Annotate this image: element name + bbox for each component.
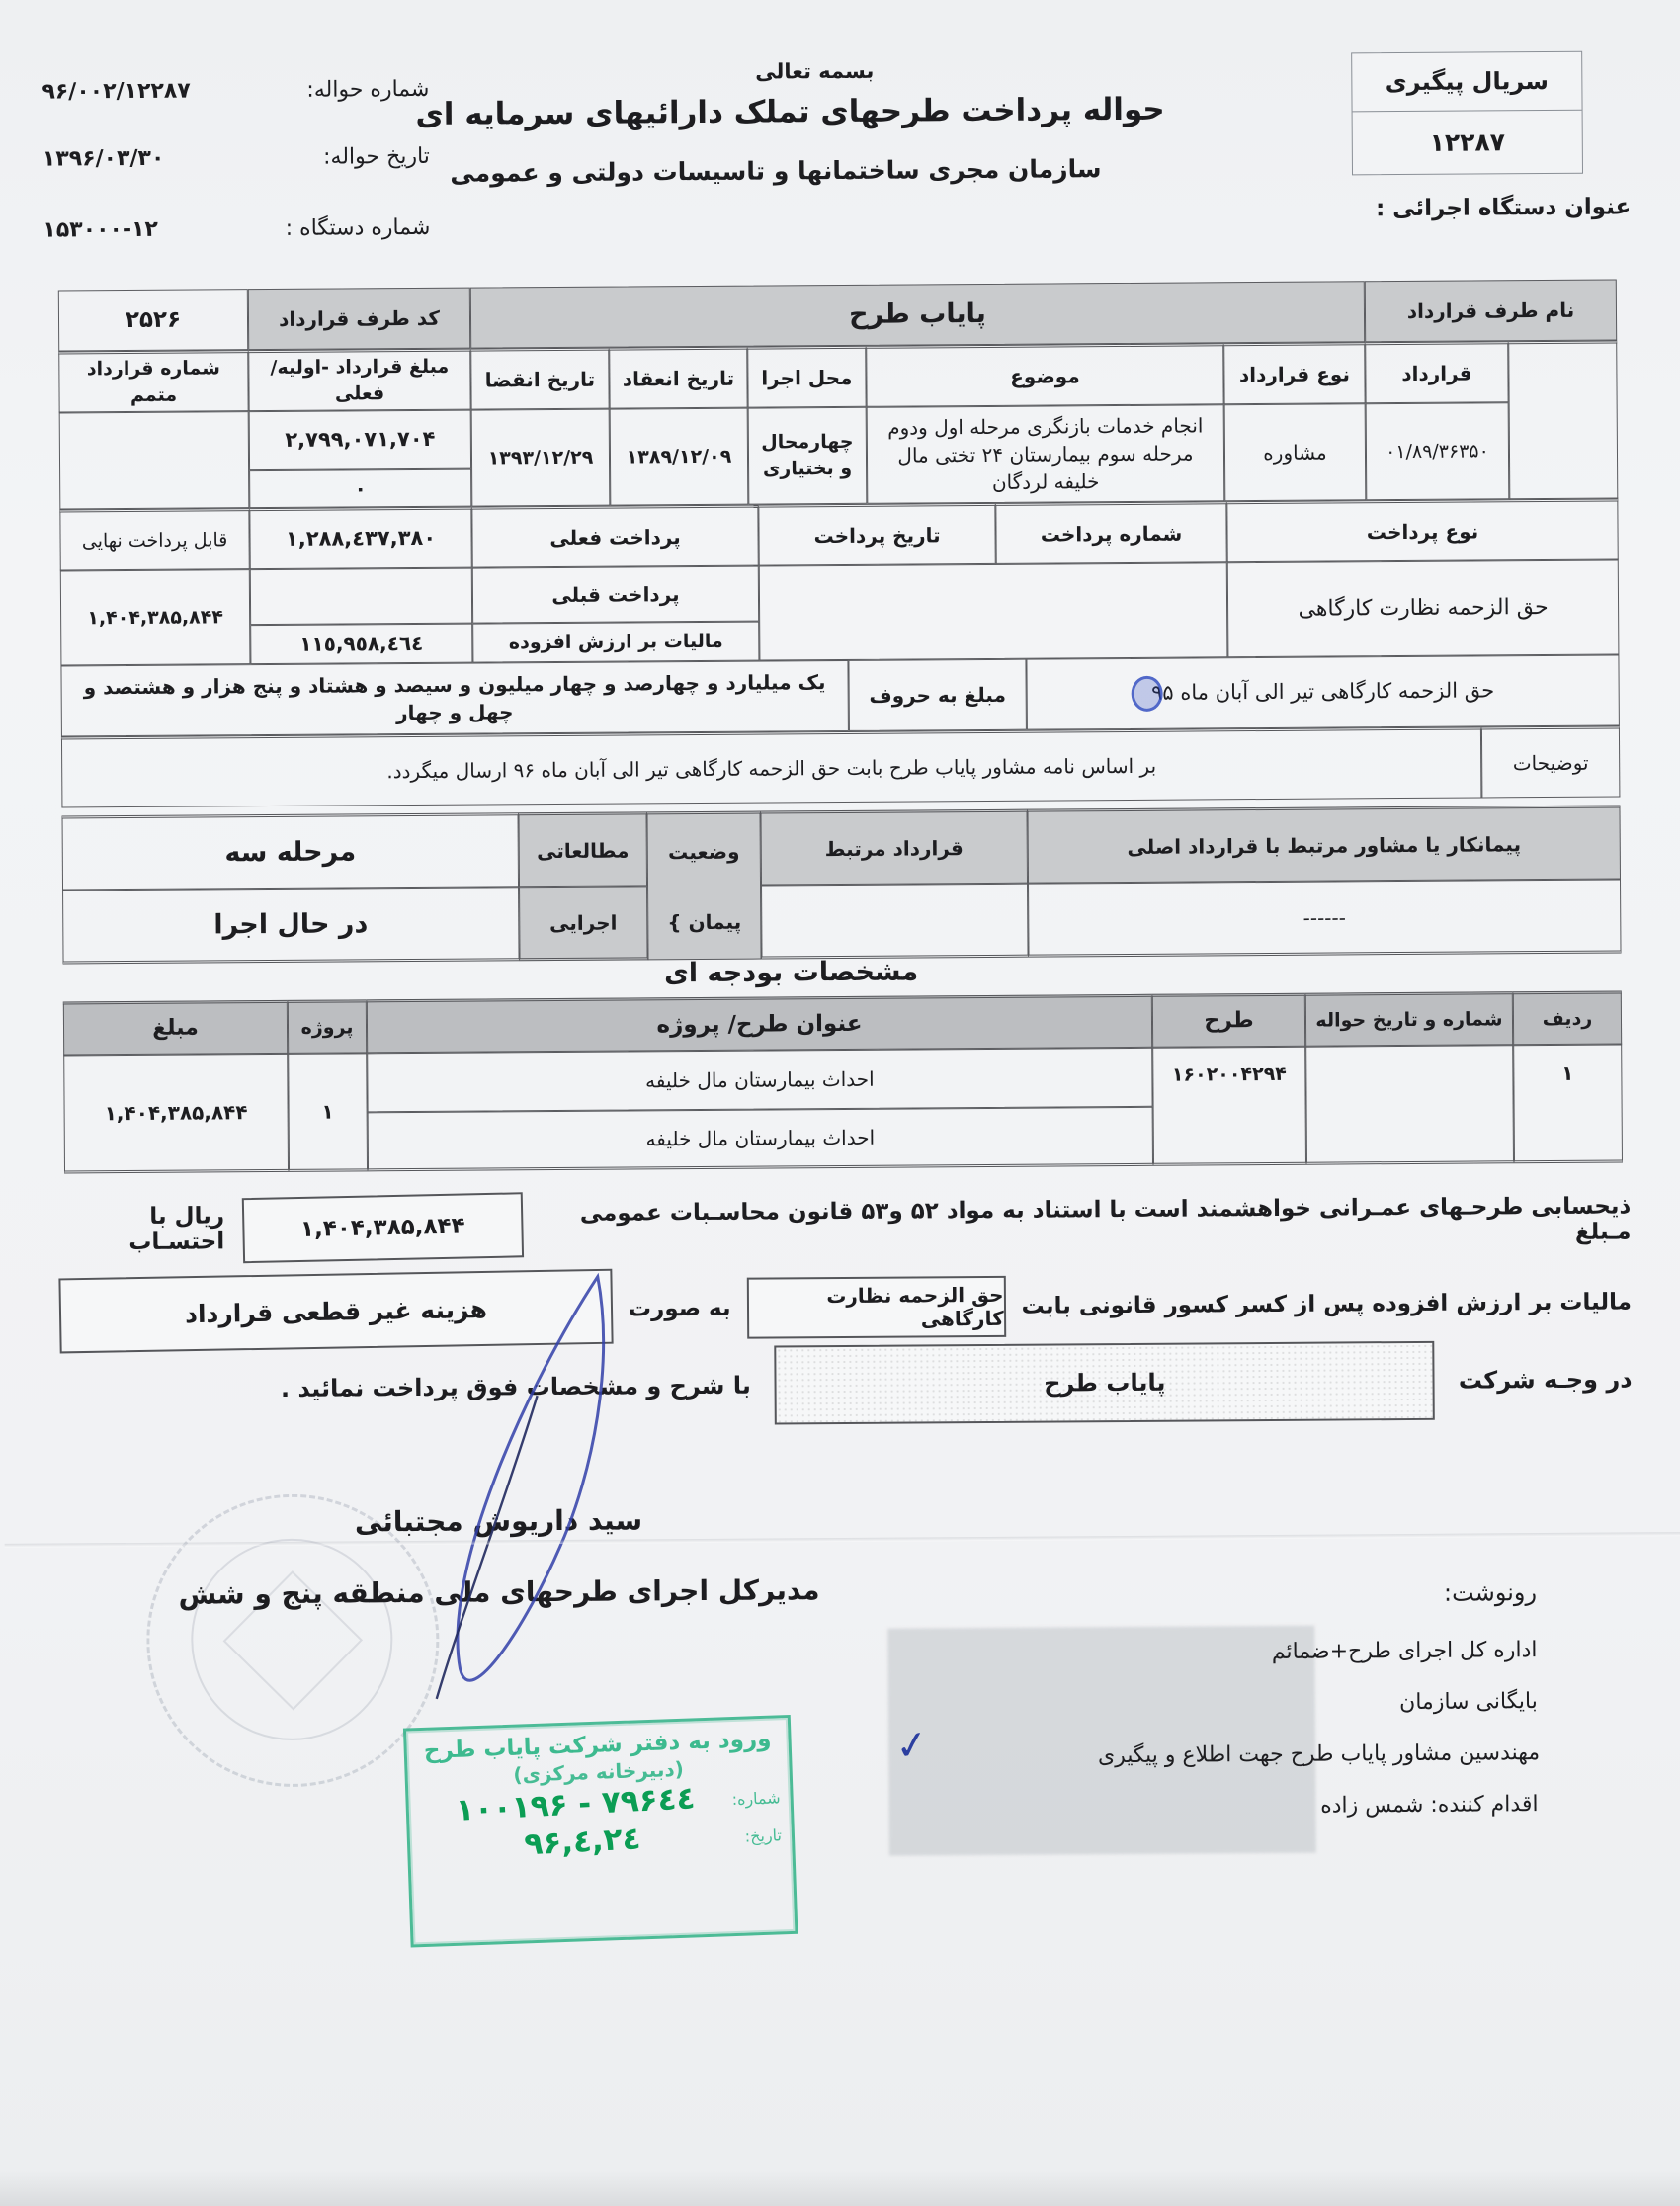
- entry-stamp-no-label: شماره:: [731, 1788, 781, 1809]
- device-no-label: شماره دستگاه :: [286, 215, 431, 241]
- footer-expense-box: هزینه غیر قطعی قرارداد: [58, 1269, 613, 1354]
- tracking-serial-value: ۱۲۲۸۷: [1353, 111, 1582, 174]
- payment-type-value: حق الزحمه نظارت کارگاهی: [1227, 559, 1620, 657]
- copy-item-1: اداره کل اجرای طرح+ضمائم: [1043, 1638, 1537, 1665]
- tracking-serial-label: سریال پیگیری: [1352, 52, 1581, 113]
- fee-period-value: حق الزحمه کارگاهی تیر الی آبان ماه ۹۵: [1026, 654, 1619, 729]
- previous-payment-label: پرداخت قبلی: [472, 566, 759, 624]
- exec-label: اجرایی: [519, 886, 648, 961]
- entry-stamp: ورود به دفتر شرکت پایاب طرح (دبیرخانه مر…: [403, 1715, 798, 1948]
- copy-item-2: بایگانی سازمان: [1044, 1689, 1538, 1717]
- budget-plan-code: ۱۶۰۲۰۰۴۲۹۴: [1152, 1047, 1306, 1166]
- device-no-row: شماره دستگاه : ۱۵۳۰۰۰-۱۲: [42, 215, 430, 243]
- footer-fee-box: حق الزحمه نظارت کارگاهی: [746, 1276, 1005, 1339]
- paper-bottom-shadow: [0, 2170, 1680, 2206]
- contractor-related-label: پیمانکار یا مشاور مرتبط با قرارداد اصلی: [1027, 805, 1621, 883]
- related-contract-label: قرارداد مرتبط: [760, 809, 1028, 886]
- study-label: مطالعاتی: [518, 811, 647, 887]
- entry-stamp-date-label: تاریخ:: [744, 1825, 782, 1845]
- party-code-value: ۲۵۲۶: [58, 289, 248, 351]
- contractor-dashes: ------: [1028, 879, 1622, 957]
- budget-col-amount: مبلغ: [63, 1000, 288, 1056]
- budget-row-no: ۱: [1513, 1044, 1623, 1163]
- amendment-empty-cell: [59, 411, 250, 509]
- scanned-payment-order-page: سریال پیگیری ۱۲۲۸۷ بسمه تعالی حواله پردا…: [0, 0, 1680, 2206]
- footer-line1: ذیحسابی طرحـهای عمـرانی خواهشمند است با …: [49, 1180, 1632, 1268]
- payee-company-box: پایاب طرح: [775, 1341, 1436, 1425]
- copy-item-3: مهندسین مشاور پایاب طرح جهت اطلاع و پیگی…: [955, 1740, 1540, 1769]
- agency-title-label: عنوان دستگاه اجرائی :: [1319, 194, 1631, 221]
- ref-date-row: تاریخ حواله: ۱۳۹۶/۰۳/۳۰: [42, 144, 430, 172]
- footer-line3-right: در وجـه شرکت: [1459, 1365, 1633, 1394]
- subject-value: انجام خدمات بازنگری مرحله اول ودوم مرحله…: [867, 404, 1225, 504]
- notes-label: توضیحات: [1481, 725, 1620, 798]
- footer-amount-box: ۱,۴۰۴,۳۸۵,۸۴۴: [241, 1192, 523, 1263]
- copy-item-4: اقدام کننده: شمس زاده: [1044, 1792, 1538, 1820]
- budget-col-title: عنوان طرح/ پروژه: [367, 994, 1152, 1054]
- subject-label: موضوع: [866, 343, 1223, 407]
- footer-line2-mid: به صورت: [629, 1296, 731, 1322]
- payment-date-no-empty: [759, 562, 1228, 660]
- footer-line3: در وجـه شرکت پایاب طرح با شرح و مشخصات ف…: [50, 1336, 1633, 1432]
- current-payment-label: پرداخت فعلی: [471, 505, 758, 568]
- notes-value: بر اساس نامه مشاور پایاب طرح بابت حق الز…: [61, 726, 1481, 807]
- budget-amount-value: ۱,۴۰۴,۳۸۵,۸۴۴: [63, 1054, 289, 1174]
- budget-title-row2: احداث بیمارستان مال خلیفه: [368, 1107, 1153, 1172]
- related-contract-empty: [761, 884, 1029, 960]
- footer-line3-left: با شرح و مشخصات فوق پرداخت نمائید .: [281, 1372, 751, 1402]
- ref-no-value: ۹۶/۰۰۲/۱۲۲۸۷: [42, 79, 191, 105]
- budget-ref-empty: [1305, 1045, 1514, 1164]
- budget-col-ref: شماره و تاریخ حواله: [1305, 991, 1513, 1046]
- expiry-value: ۱۳۹۳/۱۲/۲۹: [471, 409, 611, 507]
- ref-date-value: ۱۳۹۶/۰۳/۳۰: [42, 146, 165, 172]
- budget-title: مشخصات بودجه ای: [396, 955, 1187, 991]
- final-payable-label: قابل پرداخت نهایی: [59, 508, 249, 570]
- amount-value: ۲,۷۹۹,۰۷۱,۷۰۴: [249, 410, 471, 471]
- status-word: وضعیت: [668, 837, 740, 866]
- tracking-serial-box: سریال پیگیری ۱۲۲۸۷: [1351, 51, 1583, 176]
- amount-zero-value: ۰: [249, 469, 471, 509]
- amount-in-words-label: مبلغ به حروف: [848, 659, 1026, 731]
- final-payable-value: ۱,۴۰۴,۳۸۵,۸۴۴: [60, 569, 251, 665]
- party-name-label: نام طرف قرارداد: [1365, 279, 1617, 342]
- bismillah: بسمه تعالی: [686, 58, 943, 84]
- budget-col-project: پروژه: [288, 999, 367, 1054]
- peyman-word: پیمان }: [667, 907, 741, 936]
- ref-no-row: شماره حواله: ۹۶/۰۰۲/۱۲۲۸۷: [42, 77, 429, 105]
- blue-pen-mark: [1132, 676, 1163, 712]
- footer-line1-left: ریال با احتسـاب: [49, 1203, 224, 1255]
- contractor-company-name: پایاب طرح: [470, 281, 1365, 348]
- phase-value: مرحله سه: [62, 812, 520, 890]
- expiry-label: تاریخ انقضا: [470, 348, 609, 410]
- budget-title-row1: احداث بیمارستان مال خلیفه: [367, 1048, 1152, 1113]
- blue-checkmark-icon: ✓: [892, 1721, 932, 1770]
- copies-label: رونوشت:: [1388, 1578, 1537, 1607]
- contract-no-value: ۰۱/۸۹/۳۶۳۵۰: [1366, 402, 1510, 500]
- vat-label: مالیات بر ارزش افزوده: [472, 622, 759, 663]
- conclusion-label: تاریخ انعقاد: [609, 347, 747, 409]
- ref-date-label: تاریخ حواله:: [323, 144, 430, 170]
- party-name-empty-cell: [1508, 340, 1618, 499]
- conclusion-value: ۱۳۸۹/۱۲/۰۹: [610, 408, 749, 506]
- previous-payment-value-empty: [250, 568, 472, 626]
- page-title: حواله پرداخت طرحهای تملک دارائیهای سرمای…: [320, 91, 1259, 133]
- org-name: سازمان مجری ساختمانها و تاسیسات دولتی و …: [331, 153, 1220, 188]
- budget-col-row: ردیف: [1513, 990, 1622, 1045]
- amendment-label: شماره قرارداد متمم: [58, 350, 248, 412]
- scan-content: سریال پیگیری ۱۲۲۸۷ بسمه تعالی حواله پردا…: [0, 0, 1680, 2206]
- current-payment-value: ١,٢٨٨,٤٣٧,٣٨٠: [249, 507, 471, 570]
- amount-in-words-value: یک میلیارد و چهارصد و چهار میلیون و سیصد…: [60, 660, 848, 737]
- contract-type-value: مشاوره: [1224, 403, 1367, 501]
- footer-line2-right: مالیات بر ارزش افزوده پس از کسر کسور قان…: [1022, 1289, 1633, 1318]
- amount-label: مبلغ قرارداد -اولیه/فعلی: [248, 349, 470, 412]
- status-peyman-cell: وضعیت پیمان }: [646, 811, 761, 961]
- footer-line1-right: ذیحسابی طرحـهای عمـرانی خواهشمند است با …: [541, 1193, 1632, 1252]
- budget-col-plan: طرح: [1152, 993, 1305, 1048]
- contract-label: قرارداد: [1365, 341, 1508, 403]
- payment-no-label: شماره پرداخت: [995, 501, 1226, 564]
- device-no-value: ۱۵۳۰۰۰-۱۲: [42, 217, 158, 243]
- budget-project-no: ۱: [288, 1053, 368, 1172]
- payment-date-label: تاریخ پرداخت: [758, 503, 995, 566]
- signer-title: مدیرکل اجرای طرحهای ملی منطقه پنج و شش: [124, 1573, 875, 1611]
- party-code-label: کد طرف قرارداد: [248, 288, 470, 351]
- progress-value: در حال اجرا: [62, 887, 520, 964]
- ref-no-label: شماره حواله:: [306, 77, 429, 103]
- location-value: چهارمحال و بختیاری: [748, 407, 868, 505]
- payment-type-label: نوع پرداخت: [1226, 498, 1618, 562]
- location-label: محل اجرا: [747, 346, 866, 408]
- signer-name: سید داریوش مجتبائی: [241, 1503, 755, 1540]
- contract-type-label: نوع قرارداد: [1223, 342, 1365, 404]
- vat-value: ١١٥,٩٥٨,٤٦٤: [250, 624, 472, 665]
